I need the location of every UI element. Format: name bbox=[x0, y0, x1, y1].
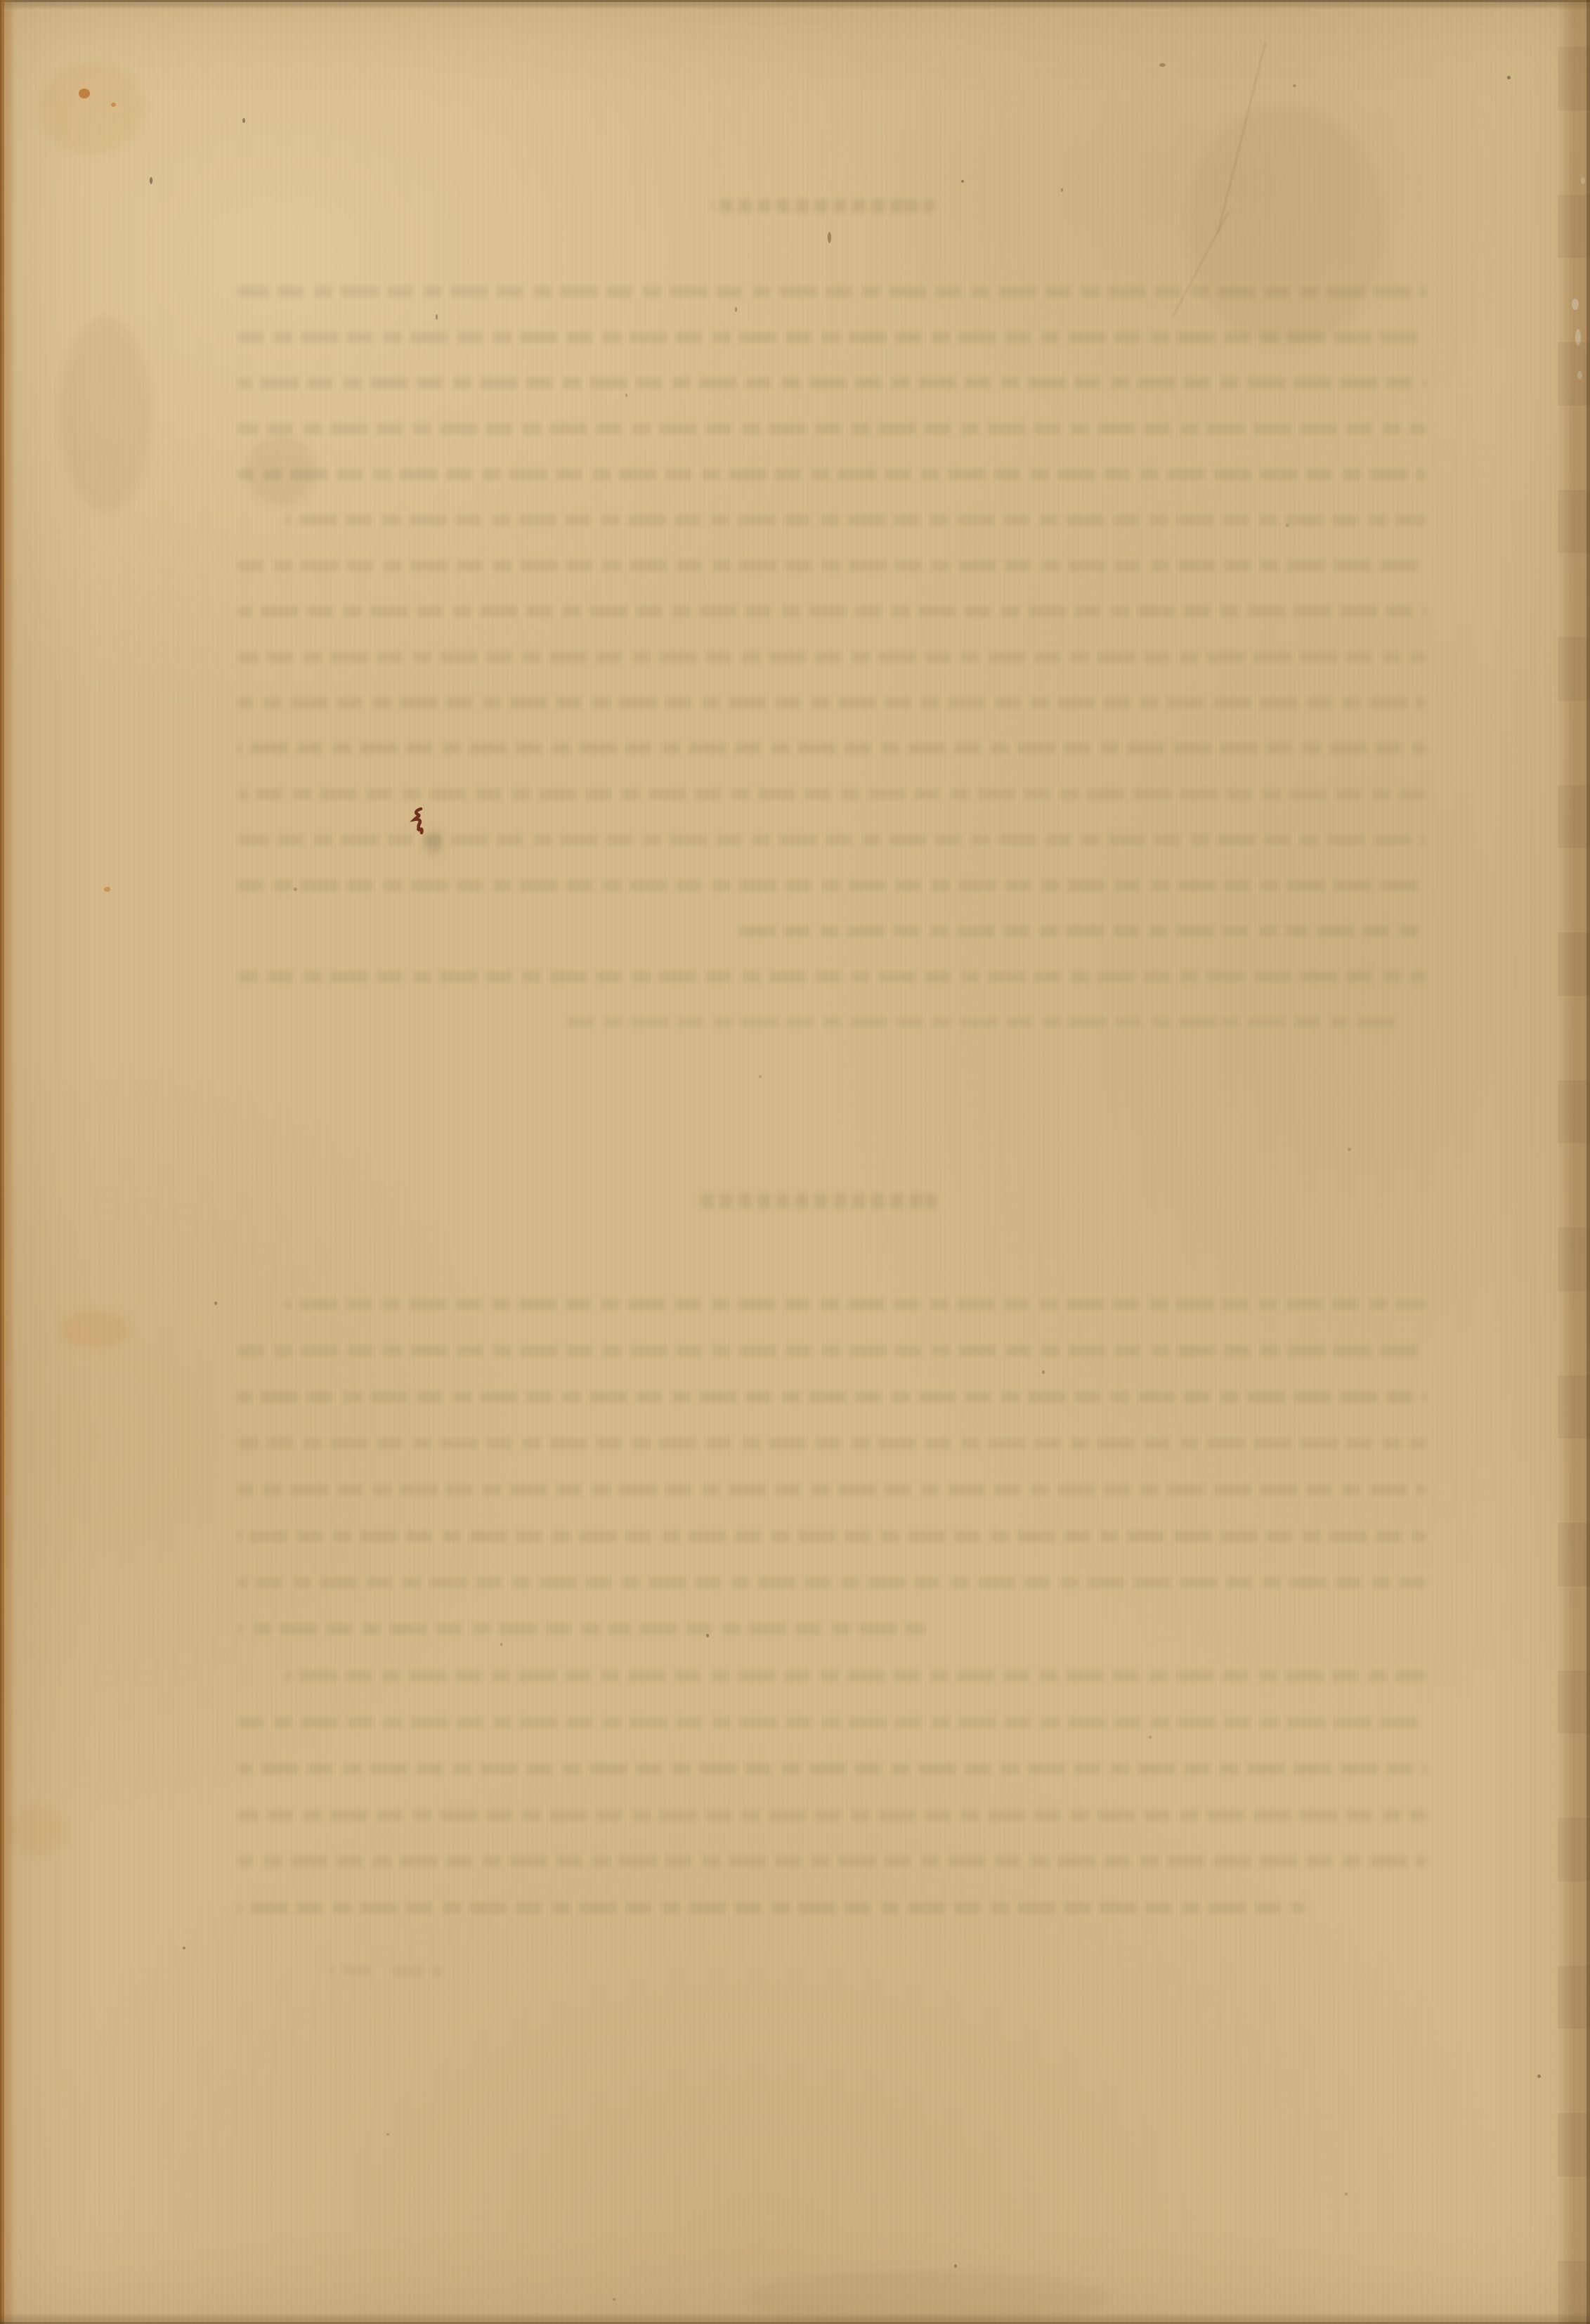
crease-layer bbox=[0, 0, 1590, 2324]
paper-speck bbox=[500, 1643, 502, 1646]
paper-speck bbox=[79, 89, 90, 98]
paper-speck bbox=[954, 2264, 957, 2268]
showthrough-paragraph-2 bbox=[237, 743, 1426, 754]
paper-speck bbox=[1348, 1148, 1351, 1151]
paper-speck bbox=[294, 888, 297, 891]
showthrough-signature-mark bbox=[329, 1965, 372, 1975]
paper-speck bbox=[759, 1075, 762, 1078]
showthrough-paragraph-1 bbox=[237, 286, 1426, 297]
ink-squiggle-mark bbox=[410, 807, 428, 838]
showthrough-paragraph-4 bbox=[237, 1531, 1426, 1542]
paper-speck bbox=[1149, 1736, 1152, 1739]
paper-speck bbox=[242, 118, 245, 123]
showthrough-paragraph-4 bbox=[237, 1438, 1426, 1449]
showthrough-paragraph-5 bbox=[237, 1763, 1426, 1774]
paper-speck bbox=[1345, 2193, 1348, 2195]
paper-speck bbox=[1042, 1370, 1045, 1374]
showthrough-section-heading bbox=[694, 1193, 937, 1209]
showthrough-running-header bbox=[711, 199, 934, 213]
page-edge-right bbox=[1558, 0, 1590, 2324]
showthrough-paragraph-5 bbox=[237, 1856, 1426, 1867]
showthrough-paragraph-4 bbox=[237, 1484, 1426, 1495]
paper-stain bbox=[39, 63, 144, 155]
showthrough-paragraph-1 bbox=[237, 469, 1426, 480]
paper-speck bbox=[386, 2133, 389, 2136]
showthrough-layer bbox=[0, 0, 1590, 2324]
paper-speck bbox=[1159, 63, 1166, 67]
showthrough-paragraph-2 bbox=[237, 606, 1426, 617]
paper-speck bbox=[1061, 188, 1063, 192]
showthrough-paragraph-2 bbox=[237, 560, 1426, 571]
stain-layer bbox=[0, 0, 1590, 2324]
paper-speck bbox=[961, 180, 964, 183]
paper-speck bbox=[150, 177, 152, 184]
paper-speck bbox=[183, 1947, 185, 1949]
page-vignette bbox=[0, 0, 1590, 2324]
paper-speck bbox=[1286, 524, 1289, 527]
showthrough-paragraph-4 bbox=[285, 1299, 1426, 1310]
paper-crease bbox=[1217, 42, 1266, 233]
showthrough-paragraph-3 bbox=[738, 926, 1426, 937]
paper-speck bbox=[828, 232, 831, 243]
showthrough-paragraph-1 bbox=[237, 423, 1426, 434]
paper-speck bbox=[735, 307, 737, 312]
paper-stain bbox=[11, 1806, 67, 1855]
paper-crease bbox=[1172, 211, 1230, 317]
showthrough-paragraph-2 bbox=[285, 514, 1426, 526]
paper-speck bbox=[1507, 76, 1511, 79]
paper-speck bbox=[1293, 84, 1296, 87]
showthrough-paragraph-4 bbox=[237, 1345, 1426, 1356]
showthrough-paragraph-5 bbox=[285, 1670, 1426, 1682]
showthrough-paragraph-4 bbox=[237, 1623, 926, 1635]
paper-stain bbox=[60, 1311, 130, 1349]
showthrough-signature-mark bbox=[391, 1966, 443, 1977]
speck-layer bbox=[0, 0, 1590, 2324]
paper-stain bbox=[246, 436, 316, 506]
showthrough-paragraph-1 bbox=[237, 377, 1426, 389]
paper-texture bbox=[0, 0, 1590, 2324]
paper-speck bbox=[111, 103, 116, 107]
showthrough-paragraph-2 bbox=[237, 697, 1426, 708]
scanned-page bbox=[0, 0, 1590, 2324]
showthrough-paragraph-2 bbox=[237, 651, 1426, 663]
showthrough-paragraph-2 bbox=[237, 788, 1426, 800]
showthrough-paragraph-3 bbox=[237, 971, 1426, 982]
paper-stain bbox=[1187, 105, 1384, 344]
showthrough-paragraph-1 bbox=[237, 332, 1426, 343]
showthrough-paragraph-3 bbox=[237, 880, 1426, 891]
showthrough-paragraph-5 bbox=[237, 1902, 1305, 1914]
paper-speck bbox=[625, 394, 627, 397]
showthrough-paragraph-4 bbox=[237, 1577, 1426, 1588]
showthrough-paragraph-3 bbox=[562, 1017, 1398, 1027]
paper-speck bbox=[1537, 2075, 1541, 2078]
page-edge-left bbox=[0, 0, 15, 2324]
paper-speck bbox=[613, 2298, 615, 2301]
paper-speck bbox=[706, 1634, 709, 1637]
showthrough-paragraph-4 bbox=[237, 1391, 1426, 1403]
showthrough-paragraph-5 bbox=[237, 1810, 1426, 1821]
page-edge-bottom bbox=[0, 2313, 1590, 2324]
showthrough-paragraph-5 bbox=[237, 1717, 1426, 1728]
paper-speck bbox=[214, 1301, 217, 1305]
page-edge-top bbox=[0, 0, 1590, 10]
paper-speck bbox=[436, 314, 438, 320]
paper-stain bbox=[60, 316, 151, 513]
paper-speck bbox=[104, 887, 110, 892]
